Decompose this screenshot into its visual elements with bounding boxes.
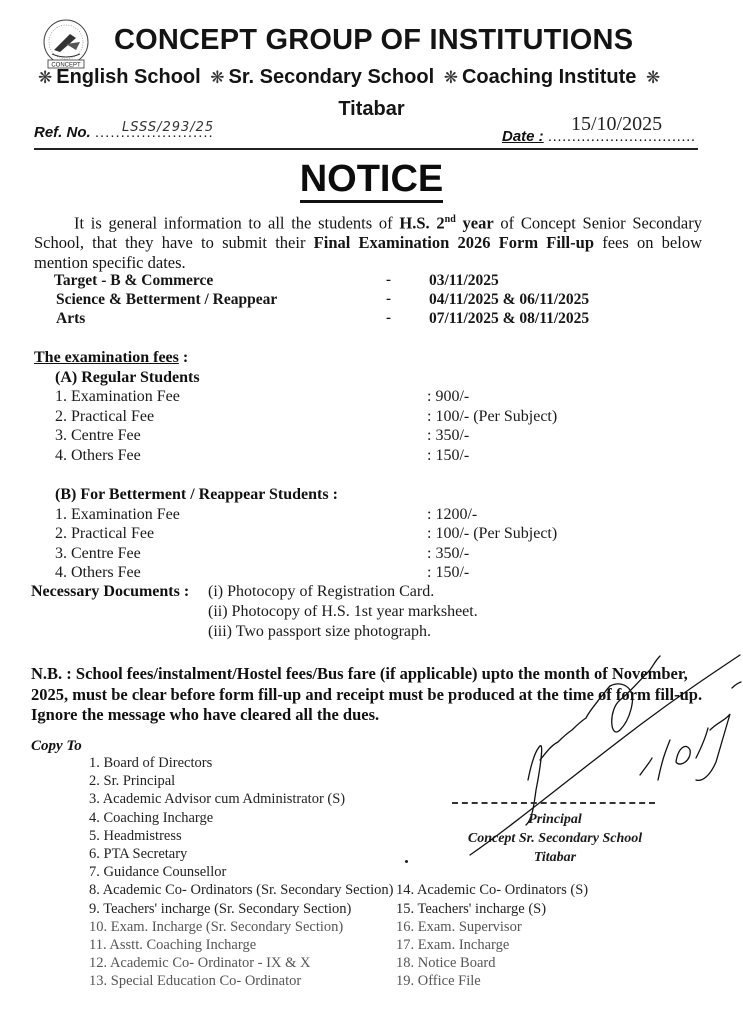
copy-to-item: 1. Board of Directors — [89, 755, 212, 772]
date-field: Date : ............................... — [502, 128, 696, 145]
copy-to-item: 9. Teachers' incharge (Sr. Secondary Sec… — [89, 901, 351, 918]
unit-sr-secondary: Sr. Secondary School — [229, 66, 435, 88]
fees-heading: The examination fees : — [34, 349, 188, 367]
date-label: Date : — [502, 128, 544, 145]
nota-bene: N.B. : School fees/instalment/Hostel fee… — [31, 664, 711, 726]
unit-english-school: English School — [56, 66, 200, 88]
copy-to-item: 2. Sr. Principal — [89, 773, 175, 790]
fee-label: 1. Examination Fee — [55, 506, 180, 524]
asterisk-icon: ❋ — [444, 68, 458, 87]
asterisk-icon: ❋ — [210, 68, 224, 87]
copy-to-item: 16. Exam. Supervisor — [396, 919, 522, 936]
schedule-sep: - — [386, 272, 391, 289]
copy-to-item: 14. Academic Co- Ordinators (S) — [396, 882, 588, 899]
schedule-stream: Arts — [56, 310, 85, 328]
copy-to-item: 15. Teachers' incharge (S) — [396, 901, 546, 918]
copy-to-item: 4. Coaching Incharge — [89, 810, 213, 827]
copy-to-item: 6. PTA Secretary — [89, 846, 187, 863]
fee-label: 2. Practical Fee — [55, 408, 154, 426]
copy-to-item: 18. Notice Board — [396, 955, 495, 972]
schedule-dates: 03/11/2025 — [429, 272, 499, 290]
intro-paragraph: It is general information to all the stu… — [34, 210, 702, 272]
fee-label: 4. Others Fee — [55, 447, 141, 465]
document-item: (i) Photocopy of Registration Card. — [208, 583, 434, 601]
notice-heading: NOTICE — [0, 158, 743, 201]
betterment-heading: (B) For Betterment / Reappear Students : — [55, 486, 338, 504]
fee-value: : 150/- — [427, 564, 469, 582]
unit-coaching: Coaching Institute — [462, 66, 636, 88]
document-item: (ii) Photocopy of H.S. 1st year markshee… — [208, 603, 478, 621]
fee-value: : 100/- (Per Subject) — [427, 408, 557, 426]
fee-label: 3. Centre Fee — [55, 427, 141, 445]
copy-to-item: 5. Headmistress — [89, 828, 182, 845]
copy-to-item: 12. Academic Co- Ordinator - IX & X — [89, 955, 310, 972]
org-name: CONCEPT GROUP OF INSTITUTIONS — [114, 24, 633, 57]
copy-to-item: 8. Academic Co- Ordinators (Sr. Secondar… — [89, 882, 393, 899]
fee-label: 2. Practical Fee — [55, 525, 154, 543]
schedule-dates: 04/11/2025 & 06/11/2025 — [429, 291, 589, 309]
fee-label: 3. Centre Fee — [55, 545, 141, 563]
fee-value: : 350/- — [427, 545, 469, 563]
reference-number: Ref. No. ....................... LSSS/29… — [34, 124, 214, 141]
fee-value: : 350/- — [427, 427, 469, 445]
regular-heading: (A) Regular Students — [55, 369, 200, 387]
schedule-stream: Science & Betterment / Reappear — [56, 291, 277, 309]
copy-to-item: 13. Special Education Co- Ordinator — [89, 973, 301, 990]
copy-to-item: 17. Exam. Incharge — [396, 937, 509, 954]
signature-line — [452, 802, 655, 804]
asterisk-icon: ❋ — [38, 68, 52, 87]
fee-value: : 100/- (Per Subject) — [427, 525, 557, 543]
copy-to-item: 7. Guidance Counsellor — [89, 864, 226, 881]
signatory-title: Principal — [440, 812, 670, 828]
ref-label: Ref. No. — [34, 124, 91, 141]
schedule-sep: - — [386, 291, 391, 308]
copy-to-item: 19. Office File — [396, 973, 481, 990]
schedule-stream: Target - B & Commerce — [54, 272, 213, 290]
documents-label: Necessary Documents : — [31, 583, 189, 601]
fee-label: 1. Examination Fee — [55, 388, 180, 406]
copy-to-item: 11. Asstt. Coaching Incharge — [89, 937, 256, 954]
schedule-dates: 07/11/2025 & 08/11/2025 — [429, 310, 589, 328]
org-units: ❋English School ❋Sr. Secondary School ❋C… — [34, 66, 714, 89]
signatory-institution: Concept Sr. Secondary School — [440, 831, 670, 847]
fee-label: 4. Others Fee — [55, 564, 141, 582]
fee-value: : 1200/- — [427, 506, 477, 524]
asterisk-icon: ❋ — [646, 68, 660, 87]
ref-value: LSSS/293/25 — [122, 120, 214, 135]
schedule-sep: - — [386, 310, 391, 327]
copy-to-heading: Copy To — [31, 738, 82, 755]
header-divider — [34, 148, 698, 150]
document-item: (iii) Two passport size photograph. — [208, 623, 431, 641]
copy-to-item: 10. Exam. Incharge (Sr. Secondary Sectio… — [89, 919, 343, 936]
stray-dot — [405, 860, 408, 863]
signatory-city: Titabar — [440, 850, 670, 866]
copy-to-item: 3. Academic Advisor cum Administrator (S… — [89, 791, 345, 808]
fee-value: : 900/- — [427, 388, 469, 406]
fee-value: : 150/- — [427, 447, 469, 465]
